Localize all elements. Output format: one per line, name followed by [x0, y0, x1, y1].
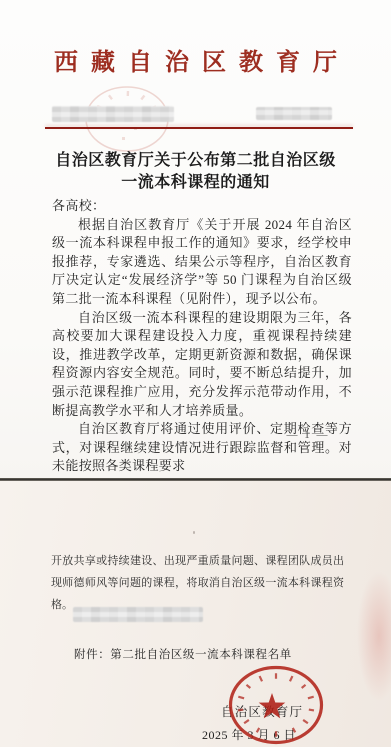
attachment-line: 附件：第二批自治区级一流本科课程名单 — [74, 646, 292, 662]
paragraph-1: 根据自治区教育厅《关于开展 2024 年自治区级一流本科课程申报工作的通知》要求… — [52, 216, 352, 309]
letterhead-divider — [45, 127, 353, 129]
paragraph-2: 自治区级一流本科课程的建设期限为三年，各高校要加大课程建设投入力度，重视课程持续… — [52, 309, 352, 421]
scan-speck — [193, 531, 195, 534]
redaction-doc-number-right — [256, 107, 332, 120]
ink-smudge — [357, 571, 391, 701]
notice-title-line2: 一流本科课程的通知 — [0, 172, 391, 194]
page-number: — 1 — — [277, 429, 339, 441]
notice-title: 自治区教育厅关于公布第二批自治区级 一流本科课程的通知 — [0, 150, 391, 194]
notice-title-line1: 自治区教育厅关于公布第二批自治区级 — [0, 150, 391, 172]
official-seal-icon — [226, 663, 326, 747]
salutation: 各高校： — [52, 197, 352, 216]
redaction-doc-number — [52, 106, 174, 122]
page-2: 开放共享或持续建设、出现严重质量问题、课程团队成员出现师德师风等问题的课程，将取… — [0, 481, 391, 747]
letterhead-title: 西藏自治区教育厅 — [0, 42, 391, 77]
document-photo: 西藏自治区教育厅 自治区教育厅关于公布第二 — [0, 0, 391, 747]
page-1: 西藏自治区教育厅 自治区教育厅关于公布第二 — [0, 0, 391, 478]
redaction-contact-line — [73, 607, 203, 622]
seal-star — [259, 693, 286, 718]
